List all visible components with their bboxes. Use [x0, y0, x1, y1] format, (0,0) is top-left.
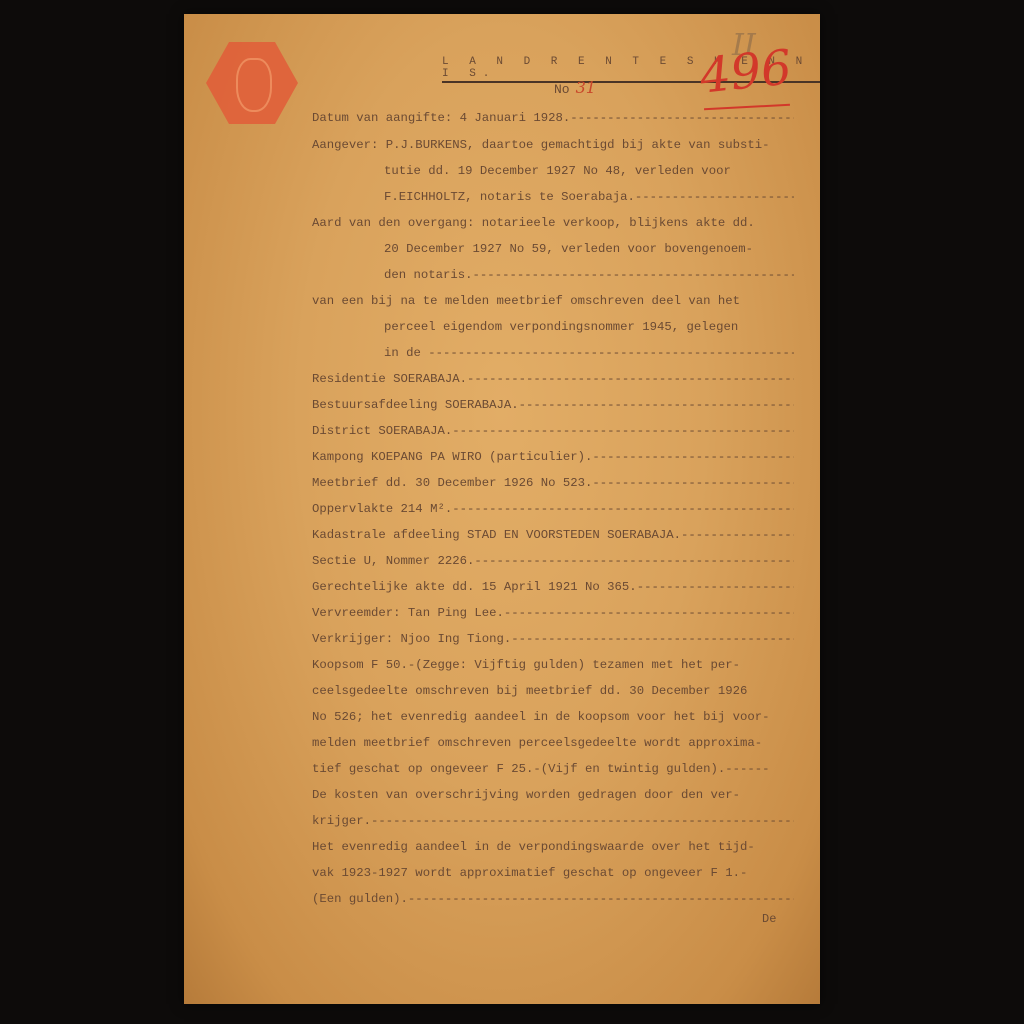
text-line: tief geschat op ongeveer F 25.-(Vijf en … — [312, 762, 794, 776]
text-line: District SOERABAJA.---------------------… — [312, 424, 794, 438]
text-line: No 526; het evenredig aandeel in de koop… — [312, 710, 794, 724]
red-annotation: 496 — [697, 39, 794, 104]
number-value: 31 — [576, 78, 596, 97]
text-line: Het evenredig aandeel in de verpondingsw… — [312, 840, 794, 854]
text-line: Oppervlakte 214 M².---------------------… — [312, 502, 794, 516]
text-line: Vervreemder: Tan Ping Lee.--------------… — [312, 606, 794, 620]
text-line: Koopsom F 50.-(Zegge: Vijftig gulden) te… — [312, 658, 794, 672]
number-label: No — [554, 82, 570, 97]
text-line: tutie dd. 19 December 1927 No 48, verled… — [384, 164, 794, 178]
crown-lion-emblem-icon — [236, 58, 272, 112]
text-line: van een bij na te melden meetbrief omsch… — [312, 294, 794, 308]
text-line: Gerechtelijke akte dd. 15 April 1921 No … — [312, 580, 794, 594]
text-line: in de ----------------------------------… — [384, 346, 794, 360]
text-line: Kadastrale afdeeling STAD EN VOORSTEDEN … — [312, 528, 794, 542]
text-line: vak 1923-1927 wordt approximatief gescha… — [312, 866, 794, 880]
text-line: perceel eigendom verpondingsnommer 1945,… — [384, 320, 794, 334]
text-line: De kosten van overschrijving worden gedr… — [312, 788, 794, 802]
text-line: Residentie SOERABAJA.-------------------… — [312, 372, 794, 386]
text-line: F.EICHHOLTZ, notaris te Soerabaja.------… — [384, 190, 794, 204]
red-underline — [704, 104, 790, 110]
text-line: Bestuursafdeeling SOERABAJA.------------… — [312, 398, 794, 412]
text-line: ceelsgedeelte omschreven bij meetbrief d… — [312, 684, 794, 698]
text-line: Aard van den overgang: notarieele verkoo… — [312, 216, 794, 230]
document-number: No31 — [554, 78, 596, 97]
document-page: II L A N D R E N T E S K E N N I S. No31… — [184, 14, 820, 1004]
text-line: Aangever: P.J.BURKENS, daartoe gemachtig… — [312, 138, 794, 152]
text-line: 20 December 1927 No 59, verleden voor bo… — [384, 242, 794, 256]
text-line: den notaris.----------------------------… — [384, 268, 794, 282]
text-line: Sectie U, Nommer 2226.------------------… — [312, 554, 794, 568]
text-line: (Een gulden).---------------------------… — [312, 892, 794, 906]
text-line: krijger.--------------------------------… — [312, 814, 794, 828]
official-seal-icon — [206, 42, 298, 124]
text-line: melden meetbrief omschreven perceelsgede… — [312, 736, 794, 750]
text-line: Datum van aangifte: 4 Januari 1928.-----… — [312, 111, 794, 125]
catchword: De — [762, 912, 776, 926]
text-line: Verkrijger: Njoo Ing Tiong.-------------… — [312, 632, 794, 646]
text-line: Meetbrief dd. 30 December 1926 No 523.--… — [312, 476, 794, 490]
text-line: Kampong KOEPANG PA WIRO (particulier).--… — [312, 450, 794, 464]
